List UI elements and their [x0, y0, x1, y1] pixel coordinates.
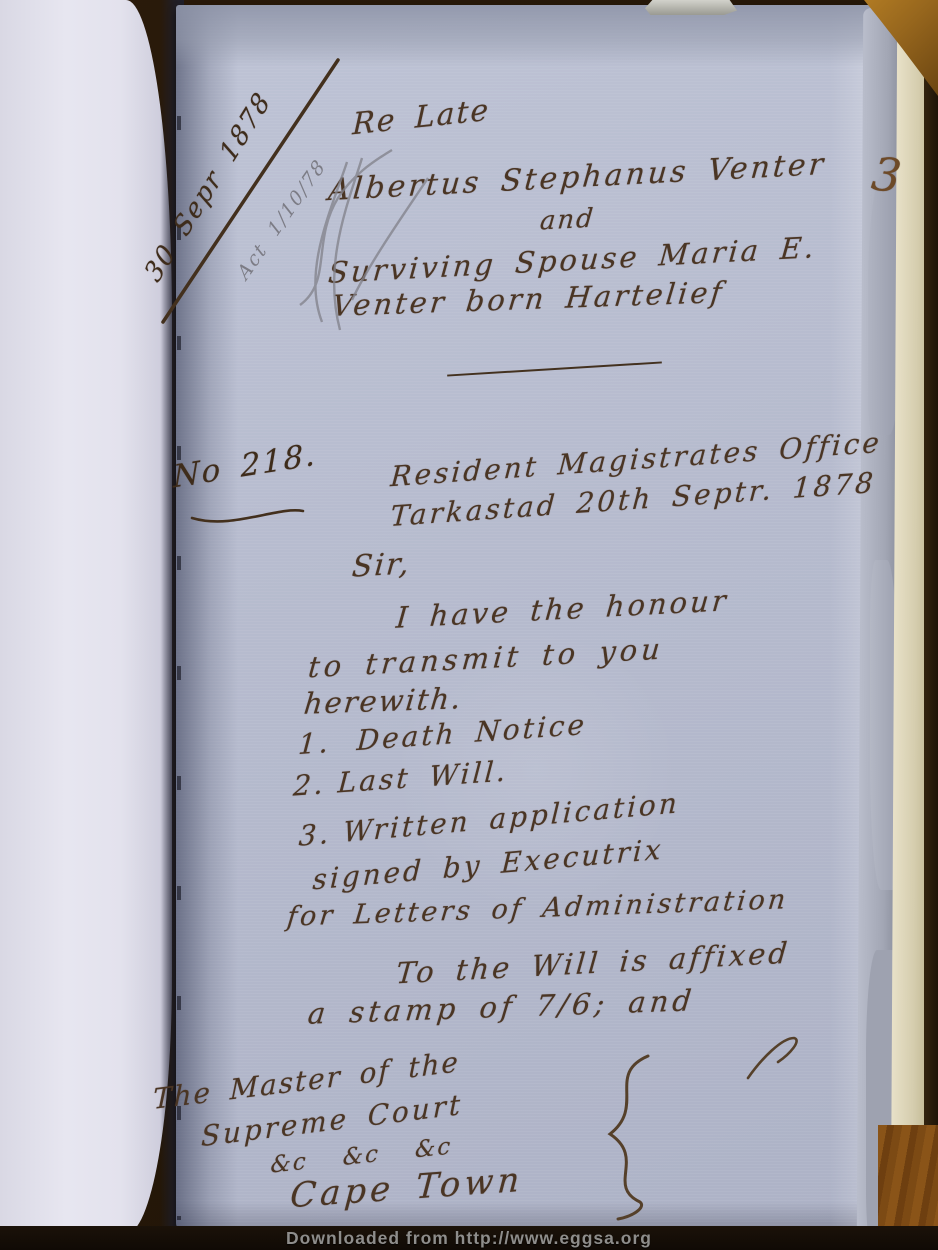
heading-and: and [539, 203, 596, 236]
salutation: Sir, [351, 546, 413, 584]
facing-page [0, 0, 172, 1234]
archive-photo: 30 Sepr 1878 Act 1/10/78 Re Late Albertu… [0, 0, 938, 1250]
book-cover-edge [924, 0, 938, 1250]
binder-clip [645, 0, 737, 15]
body-line-3: herewith. [302, 681, 464, 721]
enclosure-number: 3. [298, 817, 332, 853]
enclosure-number: 2. [292, 767, 327, 803]
site-watermark: Downloaded from http://www.eggsa.org [0, 1228, 938, 1249]
edge-page-number-fragment: 3 [869, 146, 907, 203]
binding-stitches [177, 20, 181, 1220]
enclosure-number: 1. [297, 726, 332, 762]
